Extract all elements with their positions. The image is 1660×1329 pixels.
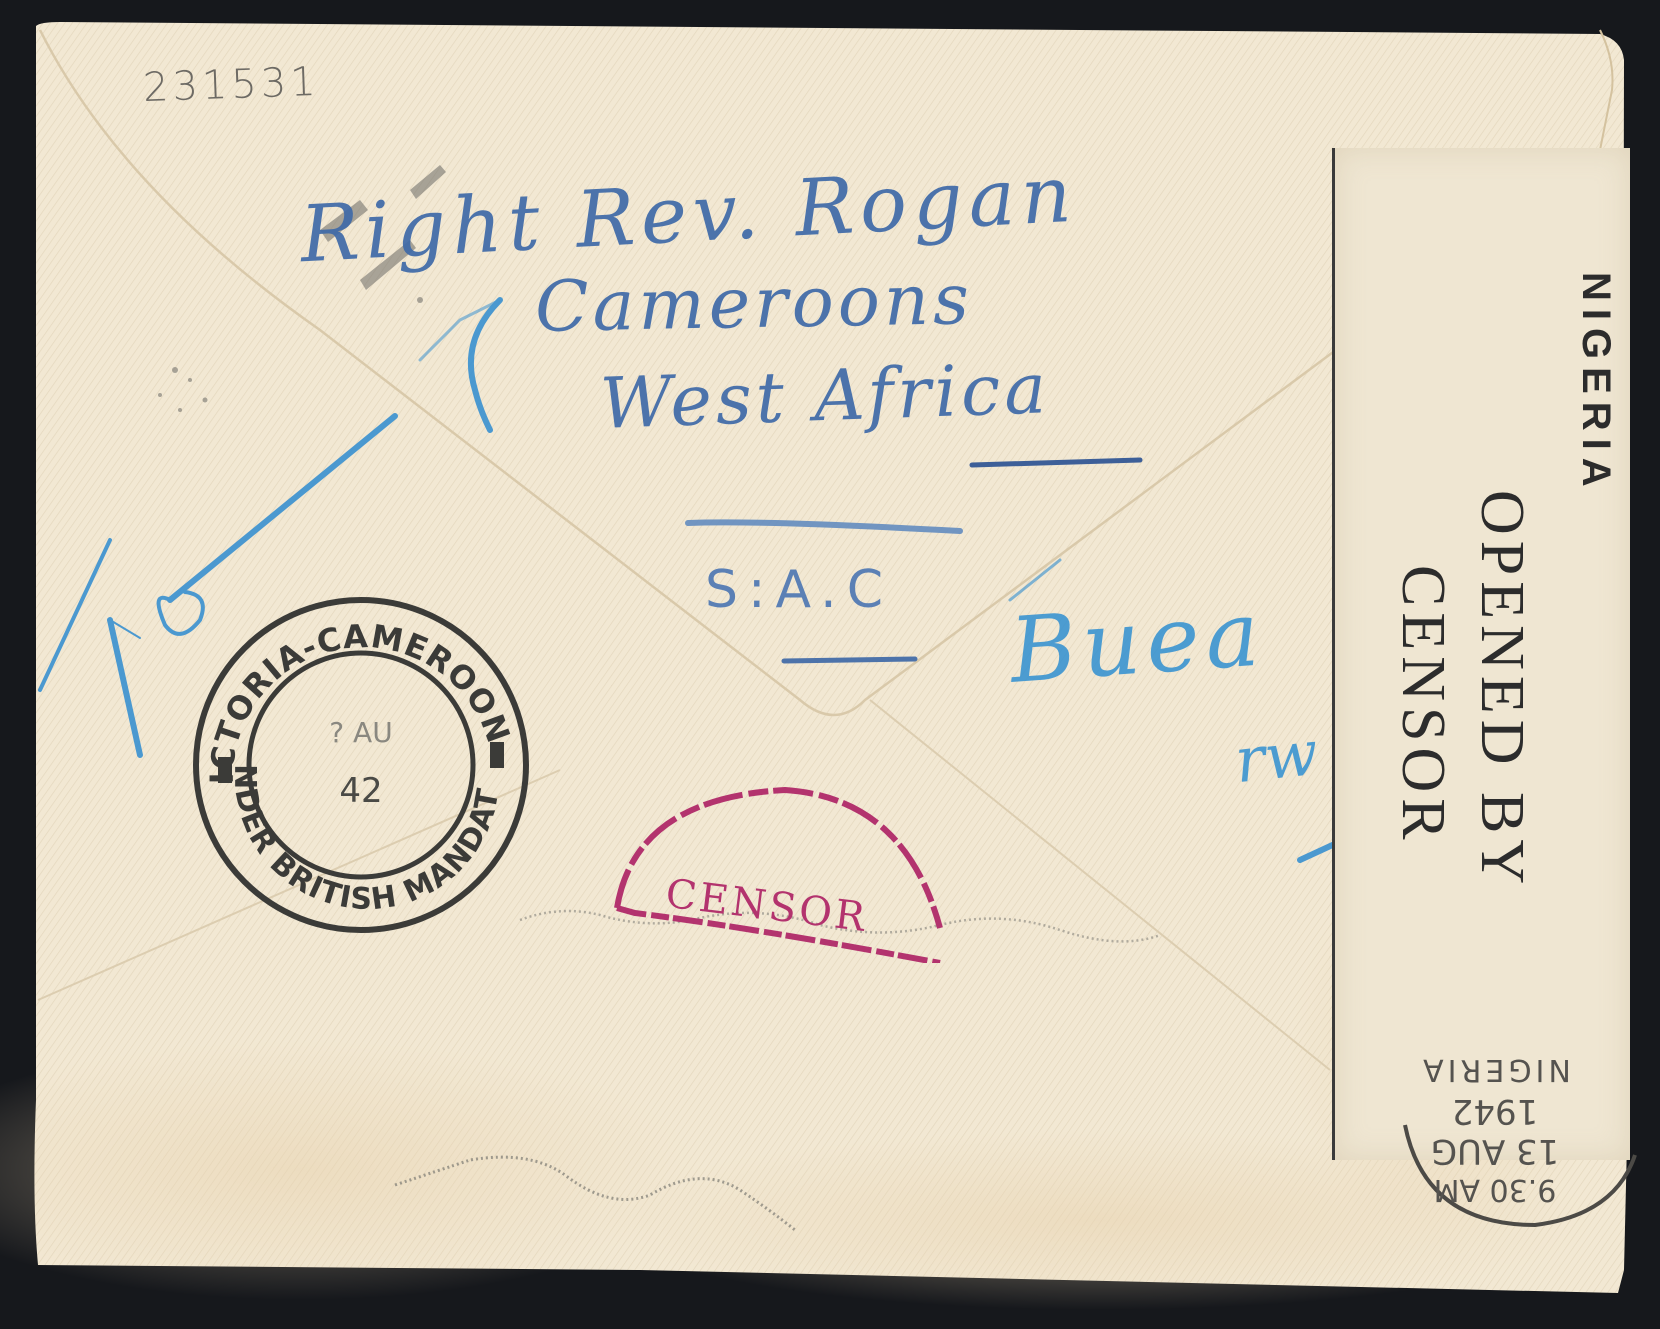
sender-initials: S:A.C xyxy=(705,560,893,620)
pencil-inventory-number: 231531 xyxy=(142,59,320,111)
arrival-date: 13 AUG xyxy=(1431,1131,1560,1171)
postmark-date: ? AU xyxy=(329,716,392,749)
arrival-time: 9.30 AM xyxy=(1434,1172,1557,1207)
victoria-cameroons-postmark: VICTORIA-CAMEROONS UNDER BRITISH MANDATE… xyxy=(188,592,534,938)
postmark-year: 42 xyxy=(339,771,382,811)
postmark-top-text: VICTORIA-CAMEROONS xyxy=(188,592,518,784)
arrival-year: 1942 xyxy=(1452,1091,1539,1131)
arrival-place: NIGERIA xyxy=(1419,1052,1571,1087)
nigeria-arrival-postmark: 9.30 AM 13 AUG 1942 NIGERIA xyxy=(1385,975,1645,1235)
crayon-note-initials: rw xyxy=(1231,716,1321,797)
svg-text:VICTORIA-CAMEROONS: VICTORIA-CAMEROONS xyxy=(188,592,518,784)
address-line-region: Cameroons xyxy=(534,258,973,348)
crayon-note-buea: Buea xyxy=(1007,581,1269,704)
censor-label-country: NIGERIA xyxy=(1573,272,1618,495)
censor-handstamp: CENSOR xyxy=(605,778,945,963)
censor-label-line1: OPENED BY xyxy=(1466,490,1537,890)
address-line-continent: West Africa xyxy=(599,347,1052,445)
censor-label-line2: CENSOR xyxy=(1387,565,1458,846)
